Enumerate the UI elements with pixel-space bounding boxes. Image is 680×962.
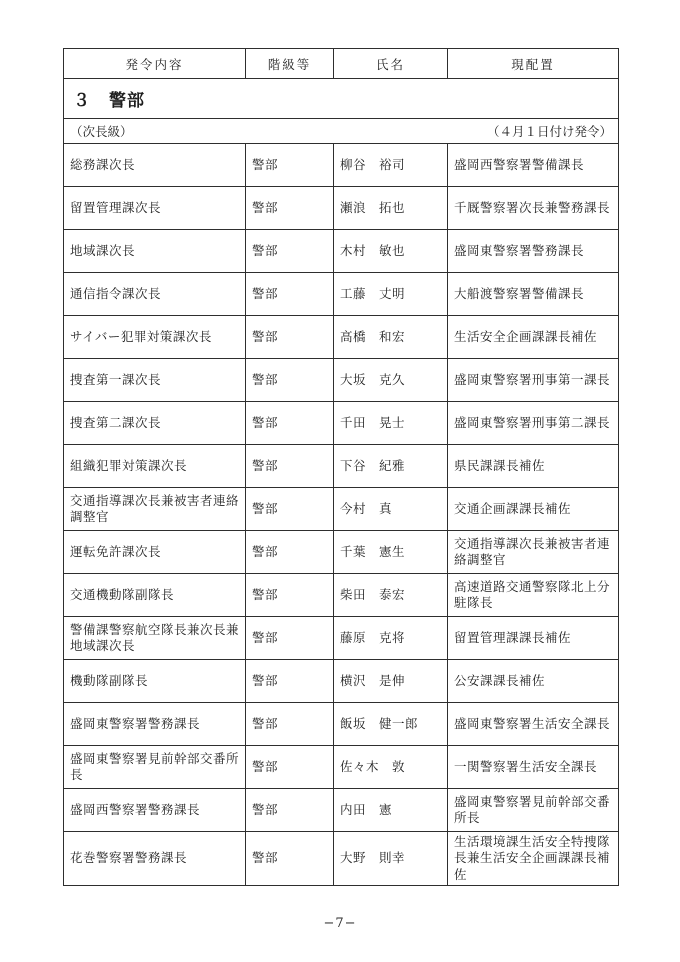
cell-name: 柴田 泰宏 [334, 574, 448, 617]
cell-assignment: 交通指導課次長兼被害者連絡調整官 [64, 488, 246, 531]
cell-rank: 警部 [246, 789, 334, 832]
cell-current-position: 大船渡警察署警備課長 [448, 273, 619, 316]
cell-assignment: 捜査第一課次長 [64, 359, 246, 402]
cell-current-position: 千厩警察署次長兼警務課長 [448, 187, 619, 230]
cell-rank: 警部 [246, 402, 334, 445]
cell-rank: 警部 [246, 273, 334, 316]
cell-assignment: 総務課次長 [64, 144, 246, 187]
document-page: 発令内容 階級等 氏名 現配置 ３ 警部 （次長級） （４月１日付け発令） 総務… [0, 0, 680, 962]
table-row: 組織犯罪対策課次長 警部 下谷 紀雅 県民課課長補佐 [64, 445, 619, 488]
cell-rank: 警部 [246, 832, 334, 886]
cell-name: 横沢 是伸 [334, 660, 448, 703]
cell-name: 下谷 紀雅 [334, 445, 448, 488]
table-row: 機動隊副隊長 警部 横沢 是伸 公安課課長補佐 [64, 660, 619, 703]
cell-current-position: 盛岡東警察署警務課長 [448, 230, 619, 273]
cell-rank: 警部 [246, 230, 334, 273]
table-row: 盛岡西警察署警務課長 警部 内田 憲 盛岡東警察署見前幹部交番所長 [64, 789, 619, 832]
subheader-cell: （次長級） （４月１日付け発令） [64, 119, 619, 144]
cell-rank: 警部 [246, 531, 334, 574]
cell-current-position: 交通指導課次長兼被害者連絡調整官 [448, 531, 619, 574]
cell-rank: 警部 [246, 660, 334, 703]
cell-current-position: 留置管理課課長補佐 [448, 617, 619, 660]
col-header-rank: 階級等 [246, 49, 334, 79]
table-row: 警備課警察航空隊長兼次長兼地域課次長 警部 藤原 克将 留置管理課課長補佐 [64, 617, 619, 660]
col-header-assignment: 発令内容 [64, 49, 246, 79]
cell-name: 大野 則幸 [334, 832, 448, 886]
page-number: −7− [0, 916, 680, 931]
table-row: 留置管理課次長 警部 瀬浪 拓也 千厩警察署次長兼警務課長 [64, 187, 619, 230]
cell-rank: 警部 [246, 144, 334, 187]
cell-assignment: 通信指令課次長 [64, 273, 246, 316]
section-row: ３ 警部 [64, 79, 619, 119]
cell-name: 内田 憲 [334, 789, 448, 832]
cell-name: 高橋 和宏 [334, 316, 448, 359]
cell-name: 木村 敏也 [334, 230, 448, 273]
table-row: 総務課次長 警部 柳谷 裕司 盛岡西警察署警備課長 [64, 144, 619, 187]
cell-current-position: 盛岡西警察署警備課長 [448, 144, 619, 187]
header-row: 発令内容 階級等 氏名 現配置 [64, 49, 619, 79]
cell-name: 大坂 克久 [334, 359, 448, 402]
cell-current-position: 生活安全企画課課長補佐 [448, 316, 619, 359]
cell-current-position: 交通企画課課長補佐 [448, 488, 619, 531]
cell-assignment: 地域課次長 [64, 230, 246, 273]
section-title: ３ 警部 [64, 79, 619, 119]
cell-assignment: 花巻警察署警務課長 [64, 832, 246, 886]
cell-name: 藤原 克将 [334, 617, 448, 660]
cell-current-position: 盛岡東警察署刑事第一課長 [448, 359, 619, 402]
cell-rank: 警部 [246, 187, 334, 230]
cell-assignment: 盛岡西警察署警務課長 [64, 789, 246, 832]
cell-current-position: 公安課課長補佐 [448, 660, 619, 703]
cell-rank: 警部 [246, 316, 334, 359]
col-header-name: 氏名 [334, 49, 448, 79]
cell-assignment: 捜査第二課次長 [64, 402, 246, 445]
cell-current-position: 盛岡東警察署刑事第二課長 [448, 402, 619, 445]
cell-name: 今村 真 [334, 488, 448, 531]
table-row: 盛岡東警察署見前幹部交番所長 警部 佐々木 敦 一関警察署生活安全課長 [64, 746, 619, 789]
section-grade-label: （次長級） [70, 122, 133, 140]
cell-rank: 警部 [246, 445, 334, 488]
cell-assignment: 警備課警察航空隊長兼次長兼地域課次長 [64, 617, 246, 660]
cell-current-position: 県民課課長補佐 [448, 445, 619, 488]
table-row: 運転免許課次長 警部 千葉 憲生 交通指導課次長兼被害者連絡調整官 [64, 531, 619, 574]
cell-assignment: 盛岡東警察署警務課長 [64, 703, 246, 746]
cell-rank: 警部 [246, 488, 334, 531]
cell-assignment: 留置管理課次長 [64, 187, 246, 230]
cell-current-position: 一関警察署生活安全課長 [448, 746, 619, 789]
cell-name: 飯坂 健一郎 [334, 703, 448, 746]
cell-name: 千田 晃士 [334, 402, 448, 445]
table-row: 花巻警察署警務課長 警部 大野 則幸 生活環境課生活安全特捜隊長兼生活安全企画課… [64, 832, 619, 886]
cell-assignment: 運転免許課次長 [64, 531, 246, 574]
table-row: サイバー犯罪対策課次長 警部 高橋 和宏 生活安全企画課課長補佐 [64, 316, 619, 359]
cell-assignment: 盛岡東警察署見前幹部交番所長 [64, 746, 246, 789]
cell-assignment: 交通機動隊副隊長 [64, 574, 246, 617]
personnel-table: 発令内容 階級等 氏名 現配置 ３ 警部 （次長級） （４月１日付け発令） 総務… [63, 48, 619, 886]
table-row: 捜査第一課次長 警部 大坂 克久 盛岡東警察署刑事第一課長 [64, 359, 619, 402]
cell-rank: 警部 [246, 703, 334, 746]
col-header-current-position: 現配置 [448, 49, 619, 79]
cell-name: 佐々木 敦 [334, 746, 448, 789]
table-row: 交通指導課次長兼被害者連絡調整官 警部 今村 真 交通企画課課長補佐 [64, 488, 619, 531]
cell-current-position: 盛岡東警察署生活安全課長 [448, 703, 619, 746]
cell-current-position: 高速道路交通警察隊北上分駐隊長 [448, 574, 619, 617]
cell-name: 千葉 憲生 [334, 531, 448, 574]
cell-name: 柳谷 裕司 [334, 144, 448, 187]
table-row: 通信指令課次長 警部 工藤 丈明 大船渡警察署警備課長 [64, 273, 619, 316]
table-row: 交通機動隊副隊長 警部 柴田 泰宏 高速道路交通警察隊北上分駐隊長 [64, 574, 619, 617]
subheader-row: （次長級） （４月１日付け発令） [64, 119, 619, 144]
table-row: 盛岡東警察署警務課長 警部 飯坂 健一郎 盛岡東警察署生活安全課長 [64, 703, 619, 746]
cell-current-position: 生活環境課生活安全特捜隊長兼生活安全企画課課長補佐 [448, 832, 619, 886]
cell-rank: 警部 [246, 617, 334, 660]
cell-name: 工藤 丈明 [334, 273, 448, 316]
table-row: 地域課次長 警部 木村 敏也 盛岡東警察署警務課長 [64, 230, 619, 273]
cell-rank: 警部 [246, 574, 334, 617]
cell-assignment: サイバー犯罪対策課次長 [64, 316, 246, 359]
cell-name: 瀬浪 拓也 [334, 187, 448, 230]
cell-current-position: 盛岡東警察署見前幹部交番所長 [448, 789, 619, 832]
cell-assignment: 機動隊副隊長 [64, 660, 246, 703]
cell-rank: 警部 [246, 359, 334, 402]
table-row: 捜査第二課次長 警部 千田 晃士 盛岡東警察署刑事第二課長 [64, 402, 619, 445]
cell-rank: 警部 [246, 746, 334, 789]
section-effective-date: （４月１日付け発令） [487, 122, 612, 140]
cell-assignment: 組織犯罪対策課次長 [64, 445, 246, 488]
